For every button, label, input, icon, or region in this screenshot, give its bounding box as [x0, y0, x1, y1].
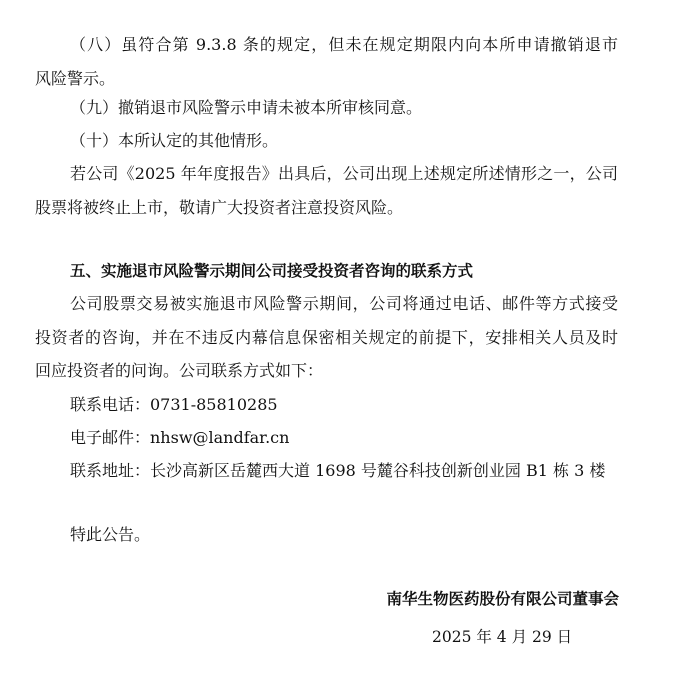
- contact-phone: 联系电话：0731-85810285: [70, 395, 278, 415]
- section-5-para-line-3: 回应投资者的问询。公司联系方式如下：: [35, 361, 323, 381]
- closing-statement: 特此公告。: [70, 525, 150, 545]
- warning-line-2: 股票将被终止上市，敬请广大投资者注意投资风险。: [35, 198, 403, 218]
- item-10: （十）本所认定的其他情形。: [70, 131, 278, 151]
- item-8-line-1: （八）虽符合第 9.3.8 条的规定，但未在规定期限内向本所申请撤销退市: [70, 35, 618, 55]
- signature-company: 南华生物医药股份有限公司董事会: [386, 587, 619, 609]
- item-9: （九）撤销退市风险警示申请未被本所审核同意。: [70, 98, 422, 118]
- section-5-para-line-1: 公司股票交易被实施退市风险警示期间，公司将通过电话、邮件等方式接受: [70, 294, 618, 314]
- signature-date: 2025 年 4 月 29 日: [432, 625, 572, 647]
- contact-address: 联系地址：长沙高新区岳麓西大道 1698 号麓谷科技创新创业园 B1 栋 3 楼: [70, 461, 605, 481]
- warning-line-1: 若公司《2025 年年度报告》出具后，公司出现上述规定所述情形之一，公司: [70, 164, 618, 184]
- section-5-para-line-2: 投资者的咨询，并在不违反内幕信息保密相关规定的前提下，安排相关人员及时: [35, 328, 618, 348]
- section-5-heading: 五、实施退市风险警示期间公司接受投资者咨询的联系方式: [70, 261, 473, 281]
- item-8-line-2: 风险警示。: [35, 69, 115, 89]
- contact-email: 电子邮件：nhsw@landfar.cn: [70, 428, 289, 448]
